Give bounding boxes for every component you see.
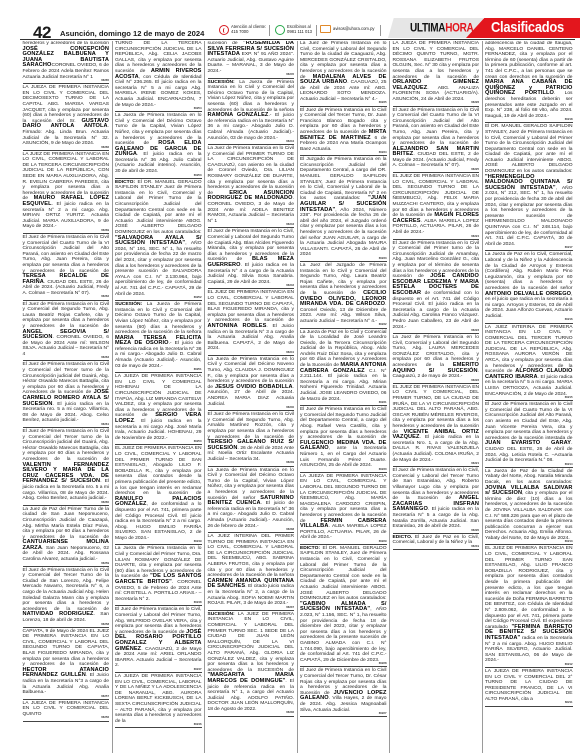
notice-code: 66250 [194,439,202,445]
notice-code: 66238 [286,527,294,533]
notice-text: C.I. N° 2.211.144. El juicio radica en l… [300,369,387,402]
column-5: LA JUEZA DE PRIMERA INSTANCIA EN LO CIVI… [390,41,483,753]
legal-notice: La Jueza de Primera Instancia en lo Civi… [208,468,295,534]
legal-notice: El Juez de Primera Instancia en lo Civil… [300,668,387,717]
notice-code: 66241 [286,350,294,356]
notice-text: La Juez de Primera Instancia en lo Civil… [208,146,295,196]
legal-notice: CAPIATA, 9 de Mayo de 2024 EL JUEZ DE PR… [23,629,110,700]
legal-notice: EDICTO: El DR. MANUEL GERALDO SAIFILDIN … [115,180,202,301]
notice-code: 66237 [286,605,294,611]
legal-notice: LA JUEZ DE PRIMERA INSTANCIA EN LO CIVIL… [23,152,110,234]
legal-notice: La Jueza de Paz en lo Civil y Comercial … [300,330,387,407]
notice-text: , de conformidad a lo dispuesto por el A… [115,502,202,541]
column-2: TURNO DE LA TERCERA CIRCUNSCRIPCIÓN JUDI… [113,41,206,753]
notice-text: LA JUEZA DE PRIMERA INSTANCIA EN LO CIVI… [23,701,110,717]
notice-code: 66258 [101,622,109,628]
divider [269,25,270,36]
legal-notice: EL JUEZ DE PRIMERA INSTANCIA EN LO CIVIL… [485,546,573,667]
envelope-icon [320,25,331,33]
legal-notice: EL JUEZ DE PRIMERA INSTANCIA EN LO CIVIL… [393,385,480,467]
contact-whatsapp[interactable]: Escribinos al 0981 111 013 [275,25,312,35]
legal-notice: LA JUEZA DE PRIMERA INSTANCIA EN LO CIVI… [115,374,202,445]
legal-notice: SUCESIÓN: La Jueza de Primera Instancia … [208,80,295,146]
contact-email-value: avisos@uhora.com.py [333,27,375,32]
notice-code: 66233 [379,256,387,262]
notice-text: La Jueza de Primera Instancia en lo Civi… [115,302,202,335]
notice-code: 66218 [565,117,573,123]
legal-notice: La Jueza de Primera Instancia en lo Civi… [208,357,295,411]
contact-phone[interactable]: Atención al cliente: 415 7000 [219,25,266,35]
column-3: sucesión de "ROSEMILDA DA SILVA FERREIRA… [205,41,298,753]
notice-code: 66216 [565,317,573,323]
notice-text: , Año 2024, Número 238". Por providencia… [300,208,387,258]
legal-notice: La Jueza de Primera Instancia en lo Civi… [115,113,202,179]
masthead: 42 Asunción, domingo 12 de mayo de 2024 … [0,0,580,40]
notice-code: 66213 [565,539,573,545]
notice-lead: EDICTO. [393,535,413,540]
notice-text: El DR. MANUEL GERALDO SAIFILDIN STANLEY,… [485,124,573,174]
legal-notice: El Juez de Primera Instancia en lo Civil… [23,235,110,301]
notice-code: 66253 [194,173,202,179]
legal-notice: LA JUEZ INTERINA DEL PRIMER TURNO DE PRI… [208,534,295,611]
notice-code: 66211 [565,700,573,706]
legal-notice: El Juez de Primera Instancia en lo Civil… [115,607,202,673]
legal-notice: EL JUEZ DE PRIMERA INSTANCIA EN LO CIVIL… [393,174,480,240]
notice-code: 66246 [194,722,202,728]
notice-lead: SUCESIÓN: [115,302,142,307]
notice-text: , AÑO 2.024, N° 212, SEC. N° 1, ha resue… [485,186,573,247]
legal-notice: El Juez de Primera Instancia en lo Civil… [23,362,110,428]
legal-notice: sucesión de "ROSEMILDA DA SILVA FERREIRA… [208,41,295,79]
notice-code: 66219 [471,544,479,550]
notice-code: 66244 [286,139,294,145]
notice-code: 66230 [379,467,387,473]
notice-text: El Juez de Primera Instancia en lo Civil… [23,568,110,612]
legal-notice: LA JUEZA DE PRIMERA INSTANCIA EN LO CIVI… [115,674,202,728]
divider [316,25,317,36]
notice-text: de conformidad con lo dispuesto en el Ar… [393,291,480,330]
notice-text: . El juicio de referencia radica en la s… [208,679,295,712]
notice-code: 66242 [286,283,294,289]
notice-text: EL JUEZ DE PRIMERA INSTANCIA EN LO CIVIL… [485,546,573,629]
notice-lead: SUCESIÓN: [208,80,235,85]
notice-code: 66221 [471,461,479,467]
notice-code: 66215 [565,395,573,401]
notice-code: 66220 [471,528,479,534]
notice-text: LA JUEZA DE PRIMERA INSTANCIA EN LO CIVI… [393,41,480,80]
legal-notice: El DR. MANUEL GERALDO SAIFILDIN STANLEY,… [485,124,573,251]
legal-notice: La Juez del Juzgado de Primera Instancia… [300,263,387,329]
notice-code: 66235 [379,100,387,106]
notice-code: 66265 [101,78,109,84]
deceased-name: ANTONIO DELVALLE ORREGO [485,291,571,297]
legal-notice: SUCESIÓN: LA JUEZ DE PRIMERA INSTANCIA E… [208,612,295,717]
notice-lead: EDICTO: [115,180,135,185]
legal-notice: El Juez de Primera Instancia en lo Civil… [208,412,295,466]
notice-code: 66259 [101,561,109,567]
notice-code: 66223 [471,328,479,334]
notice-text: El Juez de Primera Instancia en lo Civil… [485,402,573,441]
legal-notice: TURNO DE LA TERCERA CIRCUNSCRIPCIÓN JUDI… [115,41,202,112]
notice-code: 66222 [471,378,479,384]
legal-notice: LA JUEZA DE PRIMERA INSTANCIA EN LO CIVI… [23,85,110,151]
notice-code: 66247 [194,667,202,673]
legal-notice: El Juez de Primera Instancia en lo Civil… [23,302,110,362]
notice-text: El DR. MANUEL GERALDO SAIFILDIN STANLEY … [115,180,202,235]
legal-notice: EL JUEZ DE PRIMERA INSTANCIA EN LO CIVIL… [115,446,202,545]
ultima-hora-logo: ULTIMAHORA [410,22,473,35]
legal-notice: El Juez de Primera Instancia en lo Civil… [23,568,110,628]
notice-code: 66248 [194,600,202,606]
notice-code: 66243 [286,222,294,228]
notice-code: 66227 [379,711,387,717]
notice-text: , cita y emplaza por el término de diez … [485,491,573,541]
notice-text: El DR. MANUEL GERALDO SAIFILDIN STANLEY,… [300,546,387,601]
legal-notice: LA JUEZA DE PRIMERA INSTANCIA EN LO CIVI… [23,701,110,722]
notice-code: 66263 [101,355,109,361]
deceased-name: "MARGARITA MARIA MARECOS DE DOMINGUE" [208,672,295,684]
divider [380,25,381,36]
deceased-name: ANTONINA ROBLES [208,323,267,329]
deceased-name: ERICA ASUNCION RODRIGUEZ DE MALDONADO [208,190,295,202]
notice-code: 66261 [101,422,109,428]
notice-code: 66240 [286,405,294,411]
notice-text: LA JUEZ DE PRIMERA INSTANCIA EN LO CIVIL… [208,612,295,673]
legal-notice: EDICTO. El Juez de Paz en lo Civil, Come… [393,535,480,550]
legal-notice: SUCESIÓN: La Jueza de Primera Instancia … [115,302,202,373]
contact-phone-value: 415 7000 [231,30,266,35]
notice-text: La Juez de Paz del Primer Turno de la ci… [23,507,110,540]
notice-code: 66234 [379,150,387,156]
legal-notice: LA JUEZA DE PRIMERA INSTANCIA EN LO CIVI… [393,41,480,107]
legal-notice: El Juez de Primera Instancia en lo Civil… [300,407,387,473]
notice-code: 66239 [286,460,294,466]
legal-notice: EL JUEZ DE PRIMERA INSTANCIA EN LO CIVIL… [208,290,295,356]
legal-notice: El Juez de Primera Instancia en lo Civil… [208,229,295,289]
phone-icon [219,25,229,35]
notice-code: 66231 [379,400,387,406]
legal-notice: El Juez de Primera Instancia en lo Civil… [485,402,573,468]
notice-text: El Juez de Primera Instancia en lo Civil… [23,302,110,329]
brand-band: ULTIMAHORA Clasificados [388,18,580,38]
whatsapp-icon [275,25,285,35]
notice-code: 66249 [194,539,202,545]
notice-code: 66252 [194,295,202,301]
notice-code: 66269 [101,228,109,234]
contact-whatsapp-value: 0981 111 013 [287,30,312,35]
notice-code: 66256 [101,715,109,721]
legal-notice: LA JUEZ INTERINA DE PRIMERA INSTANCIA EN… [485,325,573,402]
notice-text: , AÑO 2024, N° 191, SEC. N° 1, ha resuel… [115,241,202,296]
legal-notice: El Juez de Primera Instancia en lo Civil… [393,241,480,335]
notice-code: 66214 [565,462,573,468]
notice-text: , con Cédula de Identidad Civil N° 236.2… [115,75,202,108]
classifieds-columns: herederos y acreedores de la sucesión JO… [20,41,575,753]
legal-notice: adolescencia de la ciudad de Itauguá, Ab… [485,41,573,123]
legal-notice: El Juez de Primera Instancia en lo Civil… [300,108,387,157]
notice-code: 66226 [471,100,479,106]
notice-text: LA JUEZ DE PRIMERA INSTANCIA EN LO CIVIL… [23,152,110,202]
notice-text: adolescencia de la ciudad de Itauguá, Ab… [485,41,573,80]
notice-code: 66260 [101,500,109,506]
notice-text: El Juez de Primera Instancia en lo Civil… [23,429,110,462]
notice-code: 66224 [471,234,479,240]
date-line: Asunción, domingo 12 de mayo de 2024 [60,29,204,38]
column-1: herederos y acreedores de la sucesión JO… [20,41,113,753]
legal-notice: EDICTO: El DR. MANUEL GERALDO SAIFILDIN … [300,546,387,667]
notice-text: CAPIATA, 9 de Mayo de 2024 EL JUEZ DE PR… [23,629,110,668]
contact-email[interactable]: avisos@uhora.com.py [320,25,375,33]
notice-text: EL JUEZ DE PRIMERA INSTANCIA EN LO CIVIL… [115,446,202,496]
notice-text: , AÑO 2.023, N° 1.156, SEC. N° 1, ha res… [300,607,387,662]
notice-text: LA JUEZA DE PRIMERA INSTANCIA EN LO CIVI… [115,674,202,724]
notice-text: El Juez de Primera Instancia en lo Civil… [23,235,110,274]
notice-text: La Jueza de Paz de la Ciudad de Yabaty d… [485,469,573,485]
notice-text: El Juez de Primera Instancia en lo Civil… [300,407,387,440]
notice-text: LA JUEZA DE PRIMERA INSTANCIA EN LO CIVI… [300,474,387,524]
deceased-name: JUAN EVARISTO GARAY [485,440,571,446]
legal-notice: El Juez de Primera Instancia en lo Civil… [23,429,110,506]
legal-notice: La Juez de Primera Instancia en lo Civil… [208,146,295,228]
notice-text: EL JUEZ DE PRIMERA INSTANCIA EN LO CIVIL… [393,385,480,435]
notice-code: 66232 [379,322,387,328]
notice-code: 66245 [286,72,294,78]
notice-text: EL JUEZ DE PRIMERA INSTANCIA EN LO CIVIL… [208,290,295,323]
notice-code: 66225 [471,167,479,173]
logo-ultima-text: ULTIMA [410,22,445,35]
legal-notice: El Juzgado de Primera Instancia en la Ci… [300,157,387,262]
column-6: adolescencia de la ciudad de Itauguá, Ab… [483,41,576,753]
deceased-name: JESUS OVIDIO BOBADILLA [215,384,293,390]
notice-code: 66236 [286,710,294,716]
notice-code: 66257 [101,694,109,700]
legal-notice: La Juez de Paz del Primer Turno de la ci… [23,507,110,567]
column-4: La Juez de Primera Instancia en lo Civil… [298,41,391,753]
notice-text: La Jueza de Primera Instancia en lo Civi… [208,80,295,113]
notice-text: LA JUEZ INTERINA DE PRIMERA INSTANCIA EN… [485,325,573,375]
notice-code: 66251 [194,367,202,373]
notice-text: LA JUEZ INTERINA DEL PRIMER TURNO DE PRI… [208,534,295,578]
section-title: Clasificados [491,19,564,36]
legal-notice: La Jueza de Primera Instancia en lo Civi… [115,546,202,606]
notice-text: LA JUEZA DE PRIMERA INSTANCIA EN LO CIVI… [485,669,573,702]
notice-code: 66254 [194,106,202,112]
deceased-name: VALENTIN FERNANDEZ SILVERO Y MARIA DE LA… [23,462,110,485]
header-rule [20,39,575,40]
legal-notice: La Juez de Primera Instancia en lo Civil… [393,335,480,384]
notice-code: 66266 [101,145,109,151]
page-number: 42 [33,23,51,43]
notice-code: 66212 [565,662,573,668]
notice-text: El Juez de Primera Instancia en lo Civil… [393,108,480,147]
legal-notice: LA JUEZA DE PRIMERA INSTANCIA EN LO CIVI… [300,474,387,545]
legal-notice: El Juez de Primera Instancia en lo Civil… [393,468,480,534]
notice-code: 66229 [379,539,387,545]
notice-text: El Juez de Primera Instancia en lo Civil… [208,412,295,439]
deceased-name: RAMONA GONZÁLEZ [208,112,269,118]
notice-code: 66228 [379,661,387,667]
deceased-name: NATIVIDAD RODRIGUEZ [23,611,94,617]
legal-notice: La Juez de Primera Instancia en lo Civil… [300,41,387,107]
legal-notice: La Jueza de Paz de la Ciudad de Yabaty d… [485,469,573,546]
notice-text: La Jueza de Paz en lo Civil, Comercial, … [485,252,573,291]
legal-notice: El Juez de Primera Instancia en lo Civil… [393,108,480,174]
legal-notice: La Jueza de Paz en lo Civil, Comercial, … [485,252,573,323]
notice-code: 66262 [101,294,109,300]
legal-notice: LA JUEZA DE PRIMERA INSTANCIA EN LO CIVI… [485,669,573,707]
logo-hora-text: HORA [445,22,473,35]
notice-code: 66217 [565,245,573,251]
legal-notice: herederos y acreedores de la sucesión JO… [23,41,110,84]
